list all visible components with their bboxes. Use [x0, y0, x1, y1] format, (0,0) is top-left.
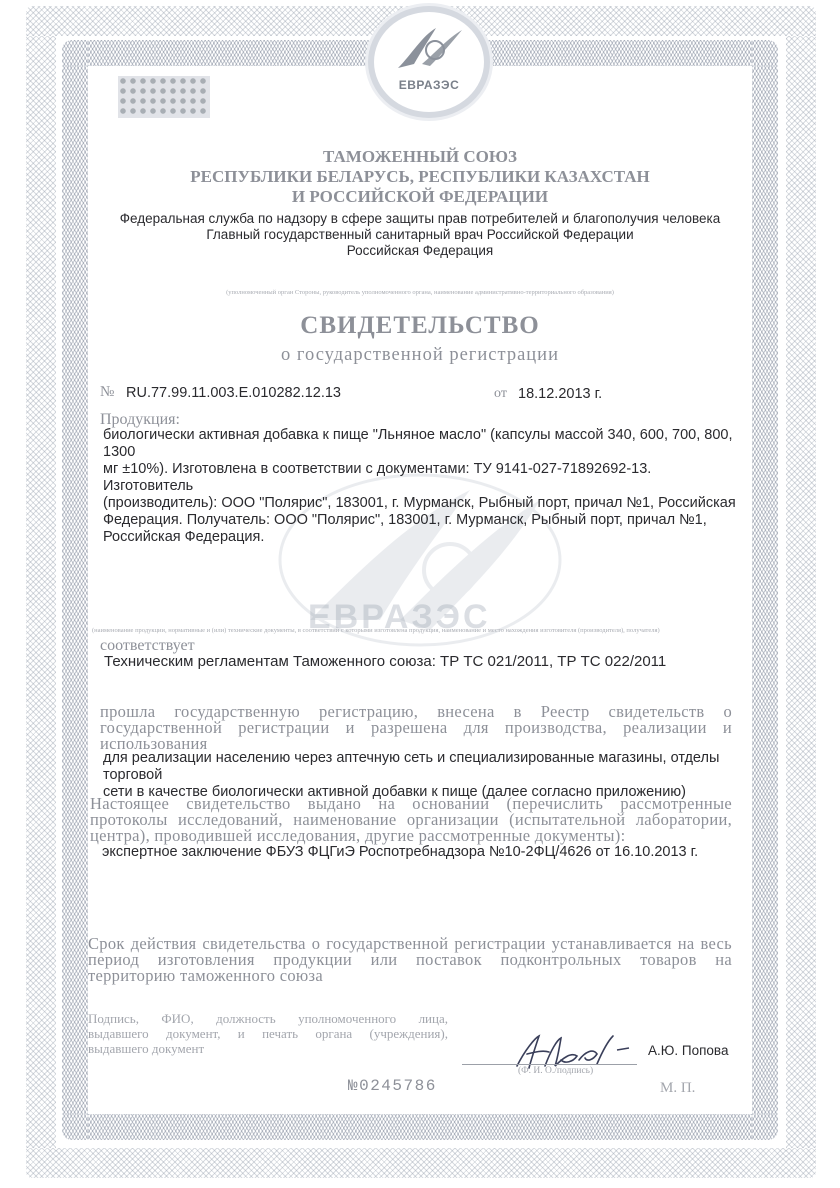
product-line: мг ±10%). Изготовлена в соответствии с д…	[103, 461, 743, 495]
signature-caption: (Ф. И. О./подпись)	[518, 1066, 593, 1076]
registration-date: 18.12.2013 г.	[518, 386, 602, 402]
product-label: Продукция:	[100, 412, 180, 428]
signature-instruction-line: выдавшего документ	[88, 1041, 448, 1056]
certificate-page: ЕВРАЗЭС ЕВРАЗЭС ТАМОЖЕННЫЙ СОЮЗ РЕСПУБЛИ…	[0, 0, 840, 1188]
header-line-2: РЕСПУБЛИКИ БЕЛАРУСЬ, РЕСПУБЛИКИ КАЗАХСТА…	[100, 167, 740, 187]
document-title: СВИДЕТЕЛЬСТВО	[100, 312, 740, 340]
signer-name: А.Ю. Попова	[648, 1043, 728, 1058]
header-line-1: ТАМОЖЕННЫЙ СОЮЗ	[100, 147, 740, 167]
basis-value: экспертное заключение ФБУЗ ФЦГиЭ Роспотр…	[102, 844, 698, 861]
basis-statement: Настоящее свидетельство выдано на основа…	[90, 796, 732, 844]
document-subtitle: о государственной регистрации	[100, 345, 740, 366]
usage-line: для реализации населению через аптечную …	[103, 750, 751, 784]
header-union: ТАМОЖЕННЫЙ СОЮЗ РЕСПУБЛИКИ БЕЛАРУСЬ, РЕС…	[100, 147, 740, 207]
signature-instruction-line: выдавшего документ, и печать органа (учр…	[88, 1026, 448, 1041]
signature-instruction-line: Подпись, ФИО, должность уполномоченного …	[88, 1011, 448, 1026]
registration-number: RU.77.99.11.003.Е.010282.12.13	[126, 385, 341, 401]
number-sign: №	[100, 384, 114, 401]
conformity-value: Техническим регламентам Таможенного союз…	[104, 653, 666, 670]
emblem: ЕВРАЗЭС	[368, 6, 490, 118]
product-line: Федерация. Получатель: ООО "Полярис", 18…	[103, 512, 743, 529]
emblem-label: ЕВРАЗЭС	[399, 78, 460, 92]
product-line: Российская Федерация.	[103, 529, 743, 546]
product-line: биологически активная добавка к пище "Ль…	[103, 427, 743, 461]
product-description: биологически активная добавка к пище "Ль…	[103, 427, 743, 546]
stamp-place: М. П.	[660, 1080, 695, 1097]
evrazes-emblem-icon	[392, 24, 466, 70]
conformity-label: соответствует	[100, 638, 195, 654]
validity-statement: Срок действия свидетельства о государств…	[88, 936, 732, 984]
signature-line	[462, 1064, 637, 1065]
registration-statement: прошла государственную регистрацию, внес…	[100, 704, 732, 752]
product-caption: (наименование продукции, нормативные и (…	[92, 627, 742, 634]
header-line-3: И РОССИЙСКОЙ ФЕДЕРАЦИИ	[100, 187, 740, 207]
header-caption: (уполномоченный орган Стороны, руководит…	[140, 289, 700, 296]
date-label: от	[494, 386, 507, 402]
header-country: Российская Федерация	[80, 242, 760, 259]
basis-line: центра), проводившей исследования, други…	[90, 828, 732, 844]
form-number: №0245786	[348, 1077, 437, 1095]
header-authority: Федеральная служба по надзору в сфере за…	[80, 210, 760, 227]
header-official: Главный государственный санитарный врач …	[80, 226, 760, 243]
validity-line: территорию таможенного союза	[88, 968, 732, 984]
security-hologram-patch	[118, 76, 210, 118]
signature-instructions: Подпись, ФИО, должность уполномоченного …	[88, 1011, 448, 1056]
product-line: (производитель): ООО "Полярис", 183001, …	[103, 495, 743, 512]
